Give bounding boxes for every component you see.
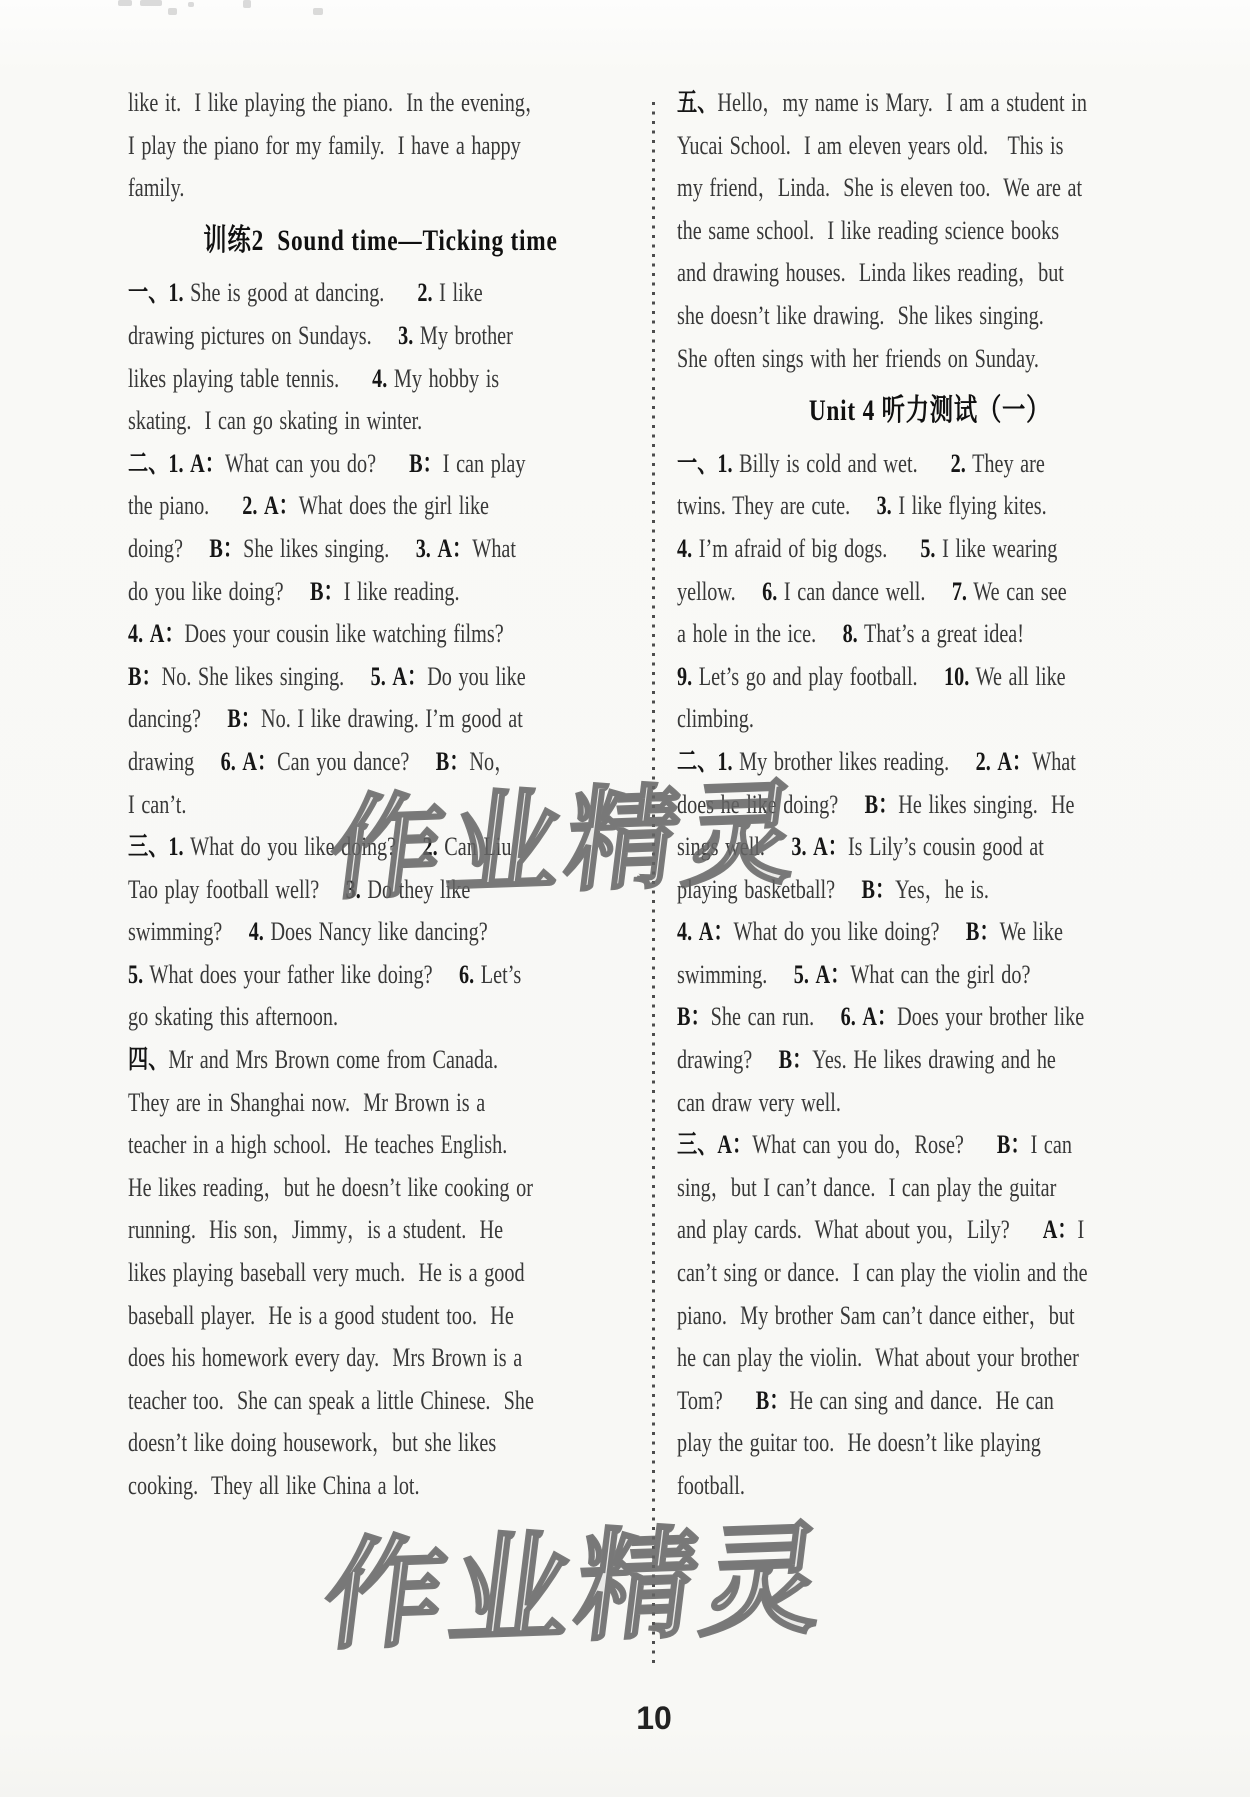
text-line: twins. They are cute. 3. I like flying k… xyxy=(677,485,1182,528)
text-line: teacher too. She can speak a little Chin… xyxy=(128,1380,633,1423)
text-run: can draw very well. xyxy=(677,1088,841,1117)
bold-run: A： xyxy=(437,534,472,563)
text-run: What can you do，Rose? xyxy=(752,1130,997,1159)
text-run: Does your brother like xyxy=(897,1002,1084,1031)
bold-run: A： xyxy=(264,491,299,520)
text-run: What xyxy=(472,534,516,563)
text-run: go skating this afternoon. xyxy=(128,1002,338,1031)
bold-run: 8. xyxy=(843,619,858,648)
text-run: Tao play football well? xyxy=(128,875,346,904)
scan-artifact xyxy=(168,8,177,15)
text-run: can’t sing or dance. I can play the viol… xyxy=(677,1258,1088,1287)
scan-artifact xyxy=(118,0,132,6)
text-run: yellow. xyxy=(677,577,762,606)
text-run: drawing? xyxy=(677,1045,779,1074)
text-run: Do you like xyxy=(427,662,525,691)
text-run: I like wearing xyxy=(935,534,1057,563)
text-run: Let’s xyxy=(474,960,521,989)
text-run xyxy=(143,619,150,648)
text-run: He likes reading，but he doesn’t like coo… xyxy=(128,1173,533,1202)
text-line: 四、Mr and Mrs Brown come from Canada. xyxy=(128,1039,633,1082)
bold-run: 5. xyxy=(371,662,386,691)
bold-run: 一、1. xyxy=(677,449,733,478)
text-line: doing? B：She likes singing. 3. A：What xyxy=(128,528,633,571)
text-run: running. His son，Jimmy，is a student. He xyxy=(128,1215,503,1244)
bold-run: B： xyxy=(409,449,443,478)
text-run: What can the girl do? xyxy=(850,960,1030,989)
text-run: What does your father like doing? xyxy=(143,960,459,989)
text-run: likes playing baseball very much. He is … xyxy=(128,1258,525,1287)
text-line: 9. Let’s go and play football. 10. We al… xyxy=(677,656,1182,699)
text-run: family. xyxy=(128,173,184,202)
bold-run: 4. xyxy=(677,534,692,563)
bold-run: A： xyxy=(1043,1215,1078,1244)
scanned-page: like it. I like playing the piano. In th… xyxy=(0,0,1250,1797)
text-line: 一、1. She is good at dancing. 2. I like xyxy=(128,272,633,315)
bold-run: 5. xyxy=(794,960,809,989)
text-run: We all like xyxy=(969,662,1065,691)
bold-run: 6. xyxy=(221,747,236,776)
bold-run: B： xyxy=(128,662,162,691)
text-line: 4. A：What do you like doing? B：We like xyxy=(677,911,1182,954)
text-run: swimming. xyxy=(677,960,794,989)
text-line: my friend，Linda. She is eleven too. We a… xyxy=(677,167,1182,210)
text-line: teacher in a high school. He teaches Eng… xyxy=(128,1124,633,1167)
text-line: she doesn’t like drawing. She likes sing… xyxy=(677,295,1182,338)
text-run: the piano. xyxy=(128,491,242,520)
text-line: sing，but I can’t dance. I can play the g… xyxy=(677,1167,1182,1210)
text-run: No. I like drawing. I’m good at xyxy=(261,704,523,733)
text-line: like it. I like playing the piano. In th… xyxy=(128,82,633,125)
bold-run: 2. xyxy=(951,449,966,478)
text-run: They are xyxy=(966,449,1045,478)
text-run: the same school. I like reading science … xyxy=(677,216,1059,245)
text-line: piano. My brother Sam can’t dance either… xyxy=(677,1295,1182,1338)
bold-run: A： xyxy=(392,662,427,691)
text-line: 二、1. A：What can you do? B：I can play xyxy=(128,443,633,486)
text-run: and drawing houses. Linda likes reading，… xyxy=(677,258,1064,287)
text-run: What xyxy=(1032,747,1076,776)
text-line: They are in Shanghai now. Mr Brown is a xyxy=(128,1082,633,1125)
text-run: I like flying kites. xyxy=(892,491,1047,520)
bold-run: 4. xyxy=(128,619,143,648)
bold-run: A： xyxy=(862,1002,897,1031)
scan-artifact xyxy=(140,0,162,6)
text-line: likes playing baseball very much. He is … xyxy=(128,1252,633,1295)
text-run: doesn’t like doing housework，but she lik… xyxy=(128,1428,496,1457)
bold-run: 10. xyxy=(944,662,969,691)
bold-run: 一、1. xyxy=(128,278,184,307)
text-line: 五、Hello，my name is Mary. I am a student … xyxy=(677,82,1182,125)
text-line: 4. A：Does your cousin like watching film… xyxy=(128,613,633,656)
text-run: he can play the violin. What about your … xyxy=(677,1343,1079,1372)
scan-artifact xyxy=(243,0,251,8)
text-run: She can run. xyxy=(711,1002,841,1031)
text-run: My brother xyxy=(413,321,513,350)
text-line: 4. I’m afraid of big dogs. 5. I like wea… xyxy=(677,528,1182,571)
bold-run: B： xyxy=(677,1002,711,1031)
text-run: We can see xyxy=(967,577,1067,606)
text-line: can draw very well. xyxy=(677,1082,1182,1125)
text-run: like it. I like playing the piano. In th… xyxy=(128,88,545,117)
text-line: and play cards. What about you，Lily? A：I xyxy=(677,1209,1182,1252)
bold-run: B： xyxy=(861,875,895,904)
text-line: She often sings with her friends on Sund… xyxy=(677,338,1182,381)
text-run: She likes singing. xyxy=(243,534,416,563)
text-run: I can play xyxy=(443,449,526,478)
section-heading: 训练2 Sound time—Ticking time xyxy=(128,220,633,263)
bold-run: A： xyxy=(997,747,1032,776)
text-run: swimming? xyxy=(128,917,249,946)
text-run: My hobby is xyxy=(387,364,499,393)
text-run: and play cards. What about you，Lily? xyxy=(677,1215,1043,1244)
text-run: I can xyxy=(1031,1130,1072,1159)
text-run: does his homework every day. Mrs Brown i… xyxy=(128,1343,522,1372)
text-line: do you like doing? B：I like reading. xyxy=(128,571,633,614)
text-line: doesn’t like doing housework，but she lik… xyxy=(128,1422,633,1465)
text-run: I’m afraid of big dogs. xyxy=(692,534,920,563)
text-run: Let’s go and play football. xyxy=(692,662,944,691)
text-run: twins. They are cute. xyxy=(677,491,877,520)
text-run: I like reading. xyxy=(344,577,460,606)
bold-run: 二、1. xyxy=(128,449,184,478)
text-run: she doesn’t like drawing. She likes sing… xyxy=(677,301,1044,330)
section-heading: Unit 4 听力测试（一） xyxy=(677,390,1182,433)
bold-run: 6. xyxy=(841,1002,856,1031)
text-run: cooking. They all like China a lot. xyxy=(128,1471,420,1500)
text-run: Yes. He likes drawing and he xyxy=(812,1045,1056,1074)
bold-run: B： xyxy=(209,534,243,563)
text-run: Tom? xyxy=(677,1386,756,1415)
bold-run: A： xyxy=(242,747,277,776)
text-run: We like xyxy=(1000,917,1063,946)
text-run: Billy is cold and wet. xyxy=(733,449,951,478)
text-run: What does the girl like xyxy=(299,491,489,520)
text-run: That’s a great idea! xyxy=(858,619,1024,648)
bold-run: 4. xyxy=(677,917,692,946)
text-run: dancing? xyxy=(128,704,227,733)
text-run: climbing. xyxy=(677,704,754,733)
text-run: piano. My brother Sam can’t dance either… xyxy=(677,1301,1075,1330)
text-line: drawing? B：Yes. He likes drawing and he xyxy=(677,1039,1182,1082)
text-run: my friend，Linda. She is eleven too. We a… xyxy=(677,173,1082,202)
text-line: yellow. 6. I can dance well. 7. We can s… xyxy=(677,571,1182,614)
bold-run: 2. xyxy=(417,278,432,307)
text-run: They are in Shanghai now. Mr Brown is a xyxy=(128,1088,485,1117)
watermark: 作业精灵 xyxy=(316,1483,841,1673)
text-run: Hello，my name is Mary. I am a student in xyxy=(717,88,1087,117)
text-run: No. She likes singing. xyxy=(162,662,371,691)
bold-run: 五、 xyxy=(677,88,717,117)
text-run: I like xyxy=(433,278,483,307)
text-run: teacher in a high school. He teaches Eng… xyxy=(128,1130,507,1159)
text-line: B：No. She likes singing. 5. A：Do you lik… xyxy=(128,656,633,699)
text-run: sing，but I can’t dance. I can play the g… xyxy=(677,1173,1056,1202)
bold-run: B： xyxy=(310,577,344,606)
text-run: Yes，he is. xyxy=(895,875,989,904)
text-run: play the guitar too. He doesn’t like pla… xyxy=(677,1428,1041,1457)
text-line: B：She can run. 6. A：Does your brother li… xyxy=(677,996,1182,1039)
bold-run: 四、 xyxy=(128,1045,168,1074)
text-run: a hole in the ice. xyxy=(677,619,843,648)
text-run: teacher too. She can speak a little Chin… xyxy=(128,1386,534,1415)
text-line: can’t sing or dance. I can play the viol… xyxy=(677,1252,1182,1295)
text-run: I can’t. xyxy=(128,790,186,819)
text-run: doing? xyxy=(128,534,209,563)
bold-run: A： xyxy=(813,832,848,861)
text-line: does his homework every day. Mrs Brown i… xyxy=(128,1337,633,1380)
text-line: I play the piano for my family. I have a… xyxy=(128,125,633,168)
bold-run: B： xyxy=(997,1130,1031,1159)
text-line: a hole in the ice. 8. That’s a great ide… xyxy=(677,613,1182,656)
text-line: play the guitar too. He doesn’t like pla… xyxy=(677,1422,1182,1465)
text-run: He can sing and dance. He can xyxy=(789,1386,1053,1415)
bold-run: 9. xyxy=(677,662,692,691)
text-run: I can dance well. xyxy=(777,577,952,606)
text-line: swimming. 5. A：What can the girl do? xyxy=(677,954,1182,997)
text-run: He likes singing. He xyxy=(898,790,1074,819)
bold-run: 3. xyxy=(398,321,413,350)
text-run: drawing xyxy=(128,747,221,776)
text-line: running. His son，Jimmy，is a student. He xyxy=(128,1209,633,1252)
text-run: Does Nancy like dancing? xyxy=(264,917,488,946)
bold-run: 2. xyxy=(242,491,257,520)
bold-run: 6. xyxy=(459,960,474,989)
bold-run: 2. xyxy=(976,747,991,776)
text-run: Does your cousin like watching films? xyxy=(185,619,504,648)
text-run: I play the piano for my family. I have a… xyxy=(128,131,521,160)
text-line: 5. What does your father like doing? 6. … xyxy=(128,954,633,997)
text-run: What can you do? xyxy=(225,449,409,478)
text-line: baseball player. He is a good student to… xyxy=(128,1295,633,1338)
bold-run: 三、1. xyxy=(128,832,184,861)
bold-run: B： xyxy=(227,704,261,733)
bold-run: 4. xyxy=(372,364,387,393)
text-line: go skating this afternoon. xyxy=(128,996,633,1039)
bold-run: 7. xyxy=(952,577,967,606)
text-run: Is Lily’s cousin good at xyxy=(848,832,1044,861)
text-run: likes playing table tennis. xyxy=(128,364,372,393)
bold-run: 4. xyxy=(249,917,264,946)
text-run: She is good at dancing. xyxy=(184,278,418,307)
scan-artifact xyxy=(188,2,194,7)
text-run xyxy=(692,917,699,946)
text-line: the piano. 2. A：What does the girl like xyxy=(128,485,633,528)
text-line: He likes reading，but he doesn’t like coo… xyxy=(128,1167,633,1210)
bold-run: 6. xyxy=(762,577,777,606)
bold-run: A： xyxy=(816,960,851,989)
text-run: I xyxy=(1077,1215,1084,1244)
scan-artifact xyxy=(313,8,323,15)
text-run: do you like doing? xyxy=(128,577,310,606)
text-run: drawing pictures on Sundays. xyxy=(128,321,398,350)
text-run: Mr and Mrs Brown come from Canada. xyxy=(168,1045,498,1074)
text-run: baseball player. He is a good student to… xyxy=(128,1301,514,1330)
text-line: the same school. I like reading science … xyxy=(677,210,1182,253)
bold-run: A： xyxy=(190,449,225,478)
bold-run: 3. xyxy=(877,491,892,520)
bold-run: B： xyxy=(865,790,899,819)
bold-run: 三、 xyxy=(677,1130,717,1159)
bold-run: A： xyxy=(699,917,734,946)
watermark: 作业精灵 xyxy=(322,743,814,921)
bold-run: 5. xyxy=(128,960,143,989)
text-line: dancing? B：No. I like drawing. I’m good … xyxy=(128,698,633,741)
text-run: Yucai School. I am eleven years old. Thi… xyxy=(677,131,1063,160)
page-number: 10 xyxy=(618,1700,690,1737)
bold-run: A： xyxy=(717,1130,752,1159)
text-line: drawing pictures on Sundays. 3. My broth… xyxy=(128,315,633,358)
text-run: What do you like doing? xyxy=(734,917,966,946)
bold-run: 3. xyxy=(416,534,431,563)
text-line: family. xyxy=(128,167,633,210)
text-line: likes playing table tennis. 4. My hobby … xyxy=(128,358,633,401)
bold-run: B： xyxy=(756,1386,790,1415)
text-run: She often sings with her friends on Sund… xyxy=(677,344,1039,373)
text-line: skating. I can go skating in winter. xyxy=(128,400,633,443)
bold-run: B： xyxy=(779,1045,813,1074)
text-line: Tom? B：He can sing and dance. He can xyxy=(677,1380,1182,1423)
text-line: he can play the violin. What about your … xyxy=(677,1337,1182,1380)
bold-run: A： xyxy=(150,619,185,648)
text-line: 三、A：What can you do，Rose? B：I can xyxy=(677,1124,1182,1167)
bold-run: B： xyxy=(966,917,1000,946)
text-line: 一、1. Billy is cold and wet. 2. They are xyxy=(677,443,1182,486)
text-line: Yucai School. I am eleven years old. Thi… xyxy=(677,125,1182,168)
text-line: climbing. xyxy=(677,698,1182,741)
text-run: skating. I can go skating in winter. xyxy=(128,406,422,435)
text-line: and drawing houses. Linda likes reading，… xyxy=(677,252,1182,295)
bold-run: 5. xyxy=(920,534,935,563)
